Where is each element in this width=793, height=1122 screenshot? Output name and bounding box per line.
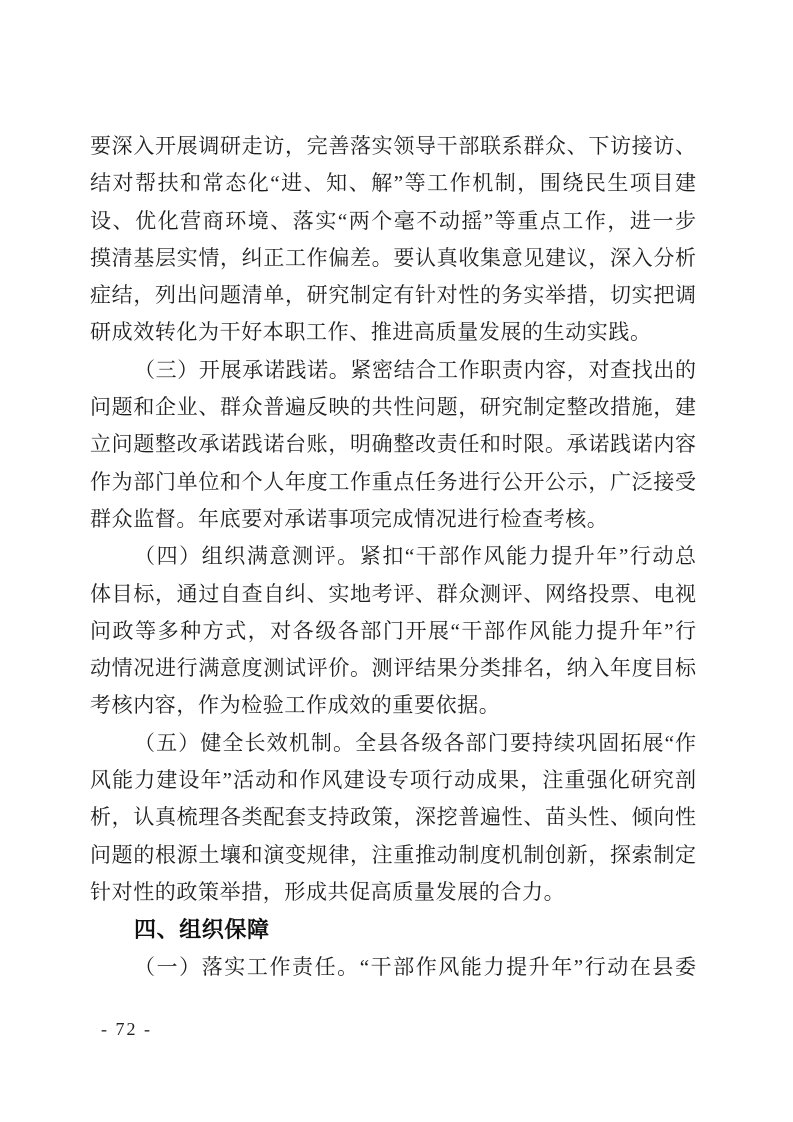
text-line paragraph-end: 针对性的政策举措，形成共促高质量发展的合力。 — [90, 874, 696, 911]
text-line: 摸清基层实情，纠正工作偏差。要认真收集意见建议，深入分析 — [90, 240, 696, 277]
text-line: 要深入开展调研走访，完善落实领导干部联系群众、下访接访、 — [90, 128, 696, 165]
text-line paragraph-start: （五）健全长效机制。全县各级各部门要持续巩固拓展“作 — [90, 725, 696, 762]
text-line paragraph-end: 研成效转化为干好本职工作、推进高质量发展的生动实践。 — [90, 314, 696, 351]
document-page: 要深入开展调研走访，完善落实领导干部联系群众、下访接访、 结对帮扶和常态化“进、… — [0, 0, 793, 1122]
text-line: 动情况进行满意度测试评价。测评结果分类排名，纳入年度目标 — [90, 650, 696, 687]
text-line: 问题和企业、群众普遍反映的共性问题，研究制定整改措施，建 — [90, 389, 696, 426]
text-line: 立问题整改承诺践诺台账，明确整改责任和时限。承诺践诺内容 — [90, 426, 696, 463]
text-line: 症结，列出问题清单，研究制定有针对性的务实举措，切实把调 — [90, 277, 696, 314]
text-line: 析，认真梳理各类配套支持政策，深挖普遍性、苗头性、倾向性 — [90, 799, 696, 836]
document-body: 要深入开展调研走访，完善落实领导干部联系群众、下访接访、 结对帮扶和常态化“进、… — [90, 128, 696, 986]
text-line: 体目标，通过自查自纠、实地考评、群众测评、网络投票、电视 — [90, 576, 696, 613]
text-line paragraph-end: 群众监督。年底要对承诺事项完成情况进行检查考核。 — [90, 501, 696, 538]
page-number: - 72 - — [101, 1019, 152, 1040]
text-line: 问政等多种方式，对各级各部门开展“干部作风能力提升年”行 — [90, 613, 696, 650]
text-line: 结对帮扶和常态化“进、知、解”等工作机制，围绕民生项目建 — [90, 165, 696, 202]
text-line paragraph-start: （三）开展承诺践诺。紧密结合工作职责内容，对查找出的 — [90, 352, 696, 389]
text-line paragraph-start: （一）落实工作责任。“干部作风能力提升年”行动在县委 — [90, 949, 696, 986]
text-line paragraph-end: 考核内容，作为检验工作成效的重要依据。 — [90, 687, 696, 724]
text-line: 作为部门单位和个人年度工作重点任务进行公开公示，广泛接受 — [90, 464, 696, 501]
text-line: 问题的根源土壤和演变规律，注重推动制度机制创新，探索制定 — [90, 837, 696, 874]
text-line: 设、优化营商环境、落实“两个毫不动摇”等重点工作，进一步 — [90, 203, 696, 240]
text-line: 风能力建设年”活动和作风建设专项行动成果，注重强化研究剖 — [90, 762, 696, 799]
section-heading: 四、组织保障 — [90, 911, 696, 948]
text-line paragraph-start: （四）组织满意测评。紧扣“干部作风能力提升年”行动总 — [90, 538, 696, 575]
